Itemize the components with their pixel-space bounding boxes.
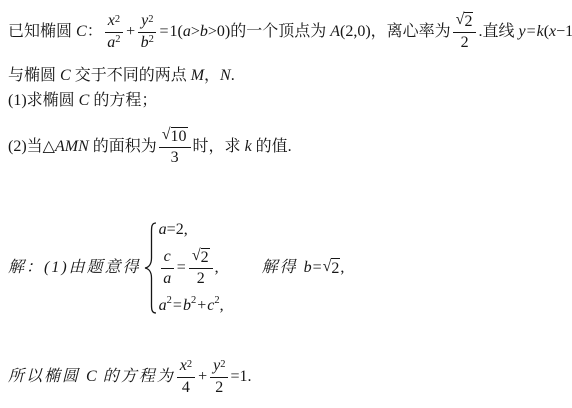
math-var: N bbox=[220, 66, 231, 85]
numerator: √2 bbox=[453, 12, 477, 33]
text-run: ， bbox=[204, 66, 220, 85]
sqrt-radical: √2 bbox=[192, 248, 210, 267]
denominator: 2 bbox=[197, 269, 205, 288]
denominator: a2 bbox=[107, 33, 120, 52]
text-run: , bbox=[340, 258, 344, 277]
text-run: 的一个顶点为 bbox=[230, 22, 330, 41]
text-run: 时，求 bbox=[193, 137, 245, 156]
math-var: x bbox=[549, 22, 556, 41]
math-var: y bbox=[518, 22, 525, 41]
case-row: a=2, bbox=[159, 220, 224, 239]
text-run: 所以椭圆 bbox=[8, 367, 86, 386]
denominator: b2 bbox=[141, 33, 154, 52]
numerator: y2 bbox=[210, 357, 228, 377]
superscript: 2 bbox=[149, 34, 154, 45]
text-run: 的面积为 bbox=[89, 137, 157, 156]
denominator: 2 bbox=[215, 378, 223, 397]
superscript: 2 bbox=[115, 15, 120, 26]
fraction: c a bbox=[161, 248, 174, 288]
problem-line-2: 与椭圆 C 交于不同的两点 M，N. bbox=[8, 63, 235, 89]
fraction: y2 b2 bbox=[138, 12, 156, 52]
solution-lead: 解：(1)由题意得 bbox=[8, 258, 141, 277]
text-run: 1( bbox=[169, 22, 182, 41]
sqrt-radical: √2 bbox=[456, 12, 474, 31]
operator: = bbox=[176, 258, 187, 277]
operator: > bbox=[191, 22, 200, 41]
conclusion-line: 所以椭圆 C 的方程为 x2 4 + y2 2 =1. bbox=[8, 352, 251, 402]
math-var: k bbox=[537, 22, 544, 41]
text-run: . bbox=[231, 66, 235, 85]
operator: = bbox=[158, 22, 169, 41]
denominator: 2 bbox=[461, 33, 469, 52]
numerator: √2 bbox=[189, 248, 213, 269]
superscript: 2 bbox=[214, 296, 219, 307]
superscript: 2 bbox=[191, 296, 196, 307]
math-var: b bbox=[200, 22, 208, 41]
sqrt-radical: √2 bbox=[323, 258, 341, 278]
math-var: C bbox=[76, 22, 87, 41]
cases-column: a=2, c a = √2 2 , a2=b2+c2, bbox=[159, 220, 224, 315]
operator: + bbox=[197, 367, 208, 386]
text-run: 与椭圆 bbox=[8, 66, 60, 85]
math-var: A bbox=[330, 22, 340, 41]
text-run: (2,0)，离心率为 bbox=[340, 22, 451, 41]
text-run: (2)当△ bbox=[8, 137, 55, 156]
text-run: 已知椭圆 bbox=[8, 22, 76, 41]
math-var: AMN bbox=[55, 137, 89, 156]
denominator: 3 bbox=[171, 148, 179, 167]
numerator: √10 bbox=[159, 127, 191, 148]
fraction: √10 3 bbox=[159, 127, 191, 168]
fraction: x2 a2 bbox=[105, 12, 123, 52]
text-run: 直线 bbox=[482, 22, 518, 41]
fraction: x2 4 bbox=[177, 357, 195, 397]
case-row: a2=b2+c2, bbox=[159, 296, 224, 315]
case-row: c a = √2 2 , bbox=[159, 248, 224, 289]
equation-system: a=2, c a = √2 2 , a2=b2+c2, bbox=[143, 220, 224, 315]
text-run: 交于不同的两点 bbox=[71, 66, 191, 85]
numerator: y2 bbox=[138, 12, 156, 32]
operator: = bbox=[312, 258, 323, 277]
text-run: >0) bbox=[208, 22, 230, 41]
math-var: C bbox=[79, 91, 90, 110]
operator: = bbox=[172, 296, 183, 315]
text-run: (1)求椭圆 bbox=[8, 91, 79, 110]
superscript: 2 bbox=[167, 296, 172, 307]
math-var: k bbox=[245, 137, 252, 156]
operator: = bbox=[526, 22, 537, 41]
text-run: 的值. bbox=[252, 137, 292, 156]
sqrt-radical: √10 bbox=[162, 127, 188, 146]
numerator: c bbox=[161, 248, 174, 268]
denominator: a bbox=[163, 269, 171, 288]
text-run: , bbox=[215, 258, 219, 277]
cases-brace bbox=[143, 222, 157, 314]
math-var: C bbox=[86, 367, 97, 386]
text-run: 的方程； bbox=[89, 91, 157, 110]
text-run: =1. bbox=[230, 367, 251, 386]
superscript: 2 bbox=[220, 360, 225, 371]
math-var: b bbox=[304, 258, 312, 277]
superscript: 2 bbox=[187, 360, 192, 371]
superscript: 2 bbox=[115, 34, 120, 45]
fraction: √2 2 bbox=[453, 12, 477, 53]
denominator: 4 bbox=[182, 378, 190, 397]
question-1: (1)求椭圆 C 的方程； bbox=[8, 88, 157, 114]
text-run: −1) bbox=[556, 22, 572, 41]
solve-result-label: 解得 bbox=[262, 258, 304, 277]
question-2: (2)当△AMN 的面积为 √10 3 时，求 k 的值. bbox=[8, 122, 292, 172]
superscript: 2 bbox=[148, 15, 153, 26]
solution-line: 解：(1)由题意得 a=2, c a = √2 2 , a2=b2+c2, bbox=[8, 220, 344, 316]
math-var: M bbox=[191, 66, 204, 85]
problem-line-1: 已知椭圆 C： x2 a2 + y2 b2 =1(a>b>0) 的一个顶点为 A… bbox=[8, 8, 572, 56]
fraction: y2 2 bbox=[210, 357, 228, 397]
math-var: a bbox=[183, 22, 191, 41]
operator: + bbox=[196, 296, 207, 315]
text-run: 的方程为 bbox=[97, 367, 175, 386]
numerator: x2 bbox=[105, 12, 123, 32]
operator: + bbox=[125, 22, 136, 41]
fraction: √2 2 bbox=[189, 248, 213, 289]
text-run: ： bbox=[87, 22, 103, 41]
numerator: x2 bbox=[177, 357, 195, 377]
math-var: C bbox=[60, 66, 71, 85]
